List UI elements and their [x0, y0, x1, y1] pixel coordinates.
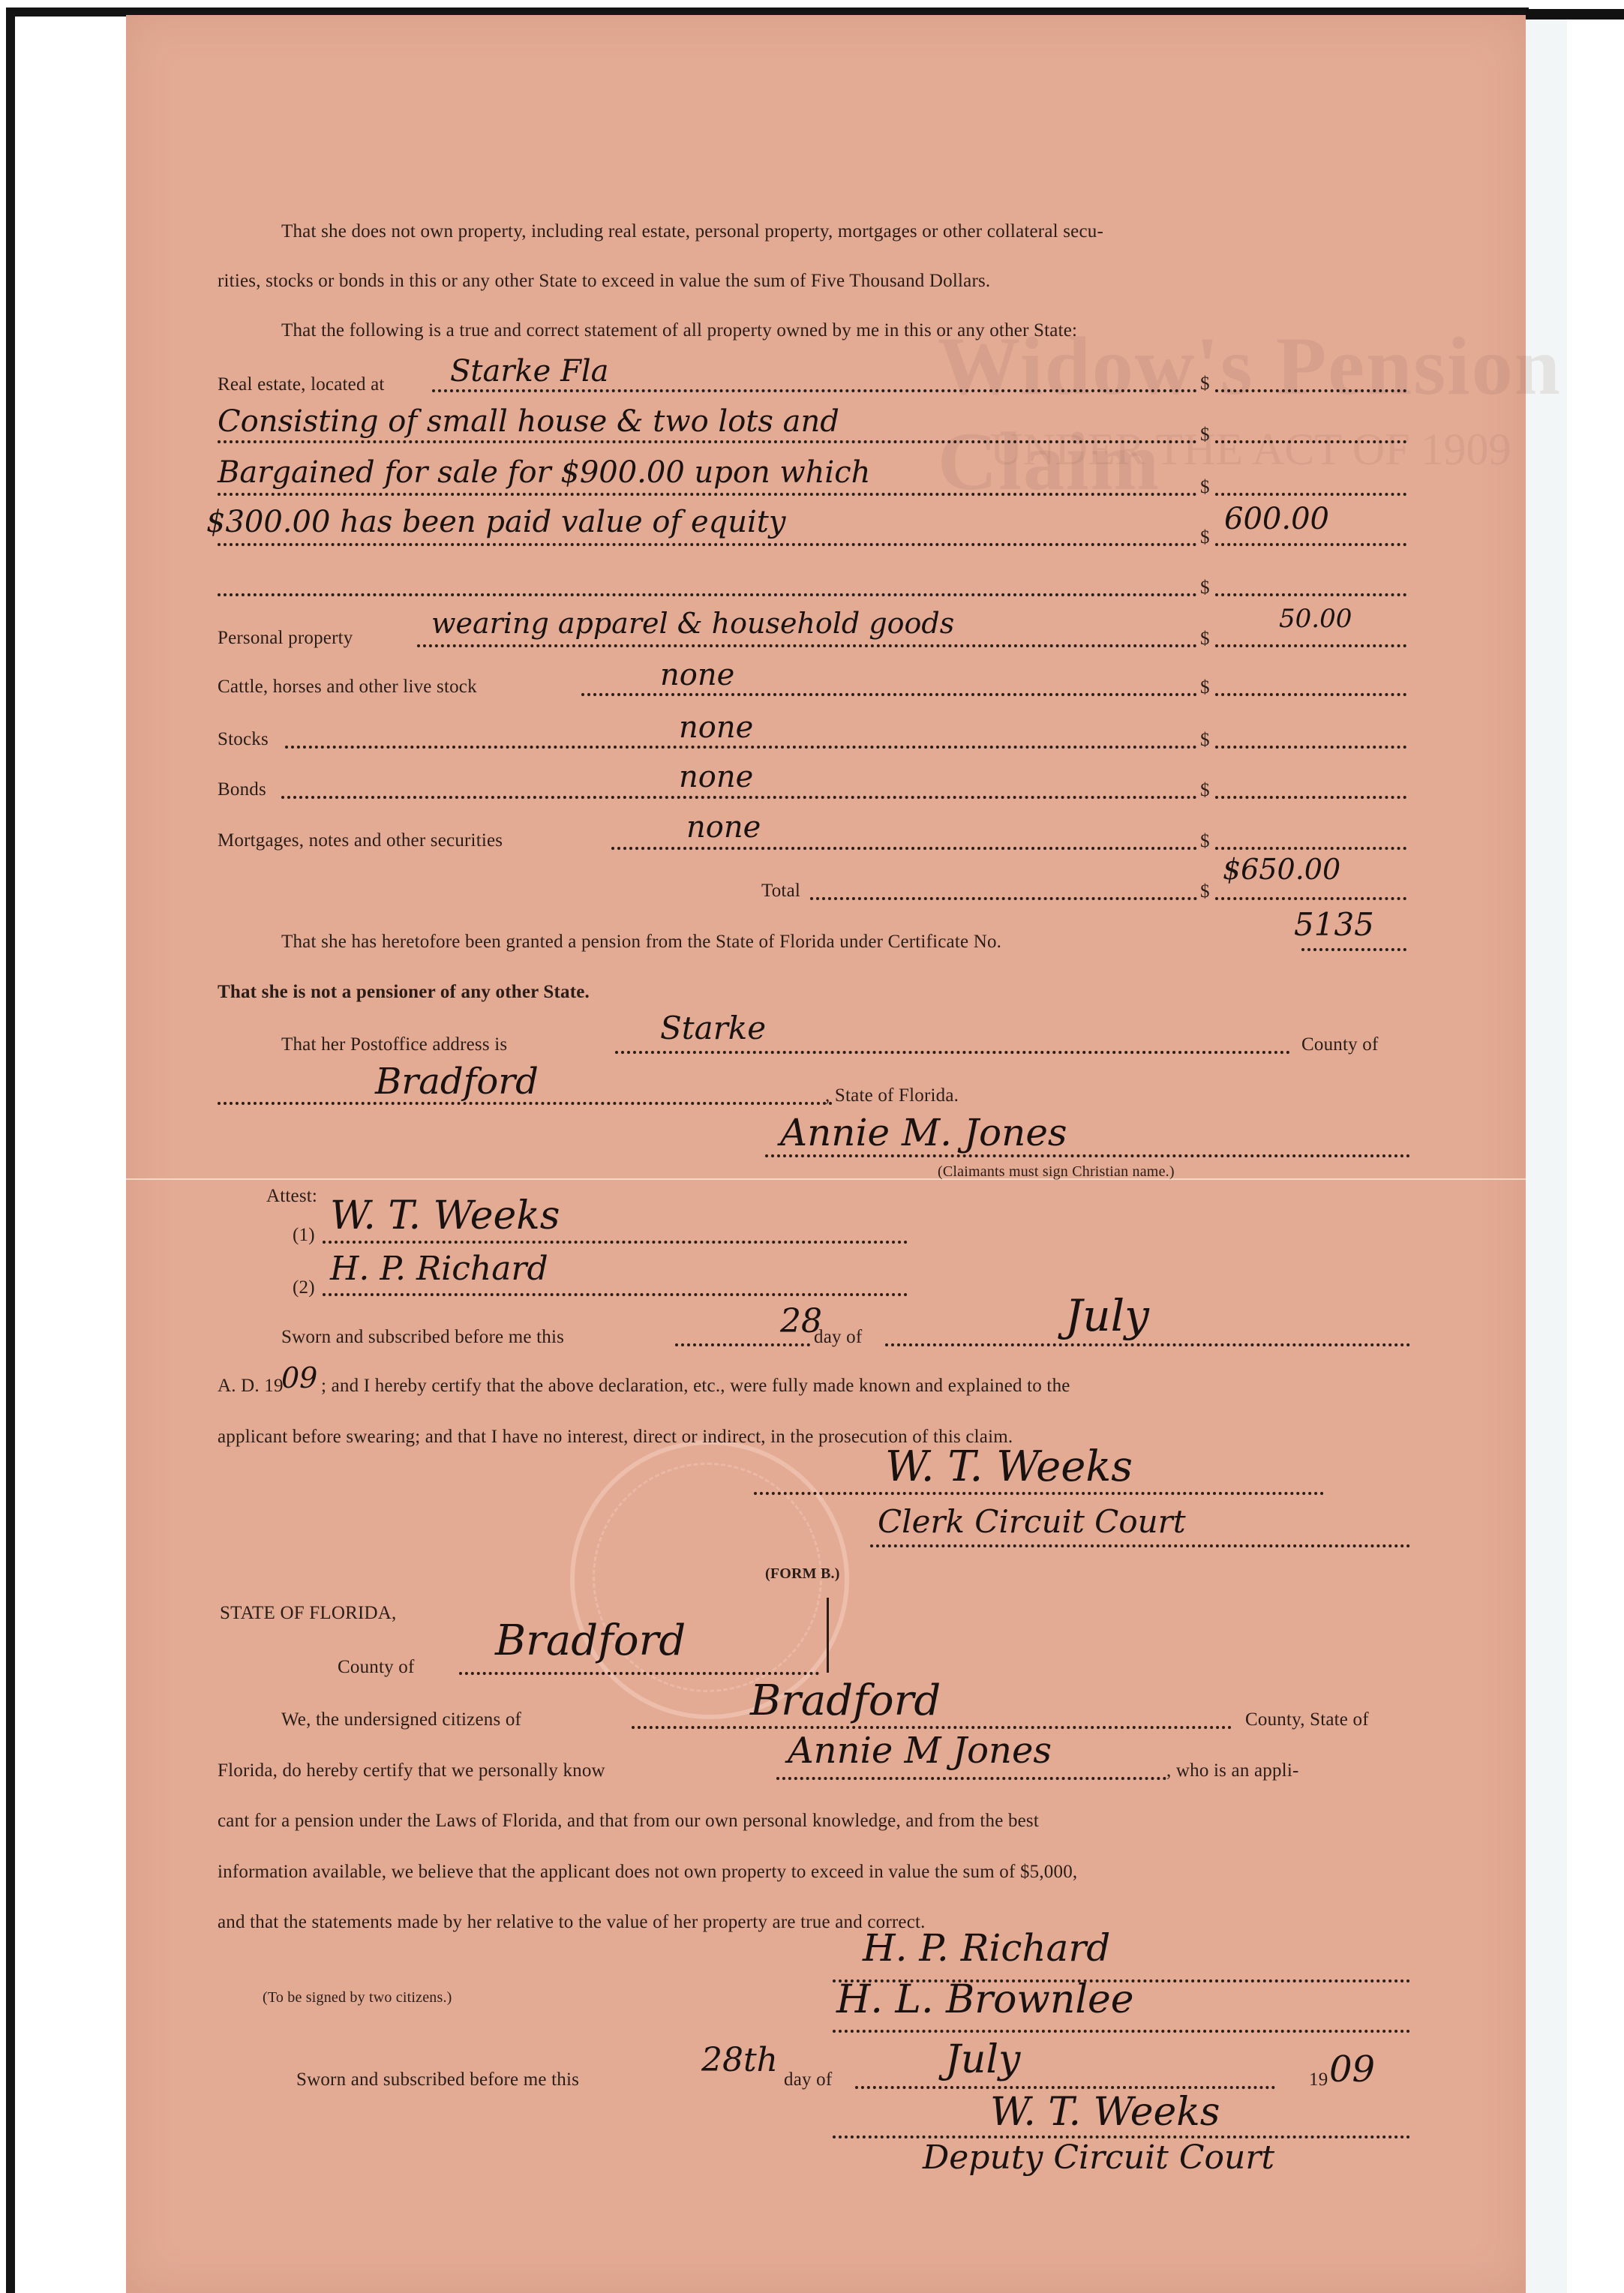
form-b-sworn-prefix: Sworn and subscribed before me this [296, 2070, 579, 2089]
know-name: Annie M Jones [788, 1733, 1052, 1769]
dotted-line [611, 844, 1197, 850]
personal-property-value: wearing apparel & household goods [431, 609, 954, 638]
mortgages-label: Mortgages, notes and other securities [218, 831, 503, 850]
amount-dotted-line [1215, 743, 1406, 749]
scanner-frame-left [6, 9, 15, 2293]
signer-2-line [833, 2027, 1410, 2033]
amount-dotted-line [1215, 894, 1406, 900]
intro-line-2: rities, stocks or bonds in this or any o… [218, 272, 990, 290]
signers-note: (To be signed by two citizens.) [263, 1990, 452, 2005]
personal-property-amount: 50.00 [1279, 606, 1352, 632]
amount-dotted-line [1215, 641, 1406, 647]
stocks-value: none [679, 713, 753, 743]
scanner-frame-top-right [1525, 9, 1624, 20]
intro-line-1: That she does not own property, includin… [281, 222, 1103, 241]
dollar-sign: $ [1200, 477, 1210, 498]
citizens-prefix: We, the undersigned citizens of [281, 1710, 521, 1729]
amount-dotted-line [1215, 437, 1406, 443]
dotted-line [459, 1669, 819, 1675]
real-estate-equity-amount: 600.00 [1224, 504, 1329, 534]
cattle-value: none [660, 660, 734, 690]
form-b-year: 09 [1329, 2051, 1375, 2087]
dotted-line [218, 490, 1197, 496]
signer-2-signature: H. L. Brownlee [836, 1980, 1134, 2019]
paper-fold-line [126, 1178, 1526, 1180]
real-estate-label: Real estate, located at [218, 375, 385, 394]
attest-label: Attest: [266, 1187, 317, 1205]
amount-dotted-line [1215, 590, 1406, 596]
form-b-county-label: County of [338, 1658, 415, 1676]
amount-dotted-line [1215, 540, 1406, 546]
official-title: Clerk Circuit Court [878, 1506, 1186, 1538]
know-prefix: Florida, do hereby certify that we perso… [218, 1761, 605, 1780]
sworn-prefix: Sworn and subscribed before me this [281, 1328, 564, 1346]
form-b-body-2: information available, we believe that t… [218, 1862, 1077, 1881]
form-b-sworn-month: July [945, 2040, 1020, 2079]
bleed-through-title: Widow's Pension Claim [938, 319, 1624, 509]
form-b-state-label: STATE OF FLORIDA, [220, 1604, 396, 1622]
real-estate-line-1: Consisting of small house & two lots and [218, 407, 839, 437]
ad-prefix: A. D. 19 [218, 1376, 284, 1395]
citizens-suffix: County, State of [1245, 1710, 1369, 1729]
dollar-sign: $ [1200, 425, 1210, 446]
witness-1-signature: W. T. Weeks [330, 1196, 560, 1235]
official-title-line [870, 1541, 1410, 1547]
bonds-label: Bonds [218, 780, 266, 799]
dollar-sign: $ [1200, 780, 1210, 801]
day-line [675, 1340, 810, 1346]
county-value: Bradford [375, 1064, 539, 1100]
official-signature: W. T. Weeks [885, 1446, 1133, 1488]
witness-2-number: (2) [293, 1278, 315, 1297]
sworn-month: July [1065, 1294, 1149, 1337]
intro-line-3: That the following is a true and correct… [281, 321, 1077, 340]
day-of-label: day of [814, 1328, 862, 1346]
dollar-sign: $ [1200, 629, 1210, 650]
mortgages-value: none [686, 812, 761, 842]
real-estate-location: Starke Fla [450, 356, 608, 386]
bracket [818, 1598, 829, 1673]
not-pensioner-text: That she is not a pensioner of any other… [218, 983, 590, 1001]
witness-1-number: (1) [293, 1226, 315, 1244]
dollar-sign: $ [1200, 831, 1210, 852]
county-of-label: County of [1301, 1035, 1379, 1054]
dotted-line [218, 540, 1197, 546]
amount-dotted-line [1215, 844, 1406, 850]
claimant-note: (Claimants must sign Christian name.) [938, 1164, 1175, 1179]
dotted-line [776, 1774, 1166, 1780]
dollar-sign: $ [1200, 730, 1210, 751]
dollar-sign: $ [1200, 527, 1210, 548]
postoffice-value: Starke [660, 1013, 766, 1044]
form-b-sworn-day: 28th [701, 2044, 778, 2077]
bleed-through-subtitle: UNDER THE ACT OF 1909 [990, 424, 1511, 476]
amount-dotted-line [1215, 386, 1406, 392]
real-estate-line-2: Bargained for sale for $900.00 upon whic… [218, 458, 870, 488]
certificate-number: 5135 [1294, 909, 1374, 941]
dollar-sign: $ [1200, 677, 1210, 698]
month-line [885, 1340, 1410, 1346]
dotted-line [1301, 945, 1406, 951]
cattle-label: Cattle, horses and other live stock [218, 677, 477, 696]
claimant-signature: Annie M. Jones [780, 1114, 1067, 1151]
personal-property-label: Personal property [218, 629, 353, 647]
dollar-sign: $ [1200, 578, 1210, 599]
ad-year: 09 [281, 1364, 317, 1392]
form-b-official-signature: W. T. Weeks [990, 2093, 1220, 2132]
stocks-label: Stocks [218, 730, 269, 749]
month-line [855, 2083, 1275, 2089]
dollar-sign: $ [1200, 881, 1210, 902]
signer-1-signature: H. P. Richard [863, 1929, 1110, 1967]
real-estate-line-3: $300.00 has been paid value of equity [206, 507, 785, 537]
amount-dotted-line [1215, 793, 1406, 799]
dotted-line [615, 1048, 1290, 1054]
postoffice-label: That her Postoffice address is [281, 1035, 507, 1054]
form-b-year-prefix: 19 [1309, 2070, 1328, 2089]
form-b-official-title: Deputy Circuit Court [923, 2141, 1274, 2174]
certificate-text: That she has heretofore been granted a p… [281, 932, 1001, 951]
form-b-heading: (FORM B.) [765, 1566, 840, 1581]
form-b-body-1: cant for a pension under the Laws of Flo… [218, 1811, 1039, 1830]
witness-2-line [323, 1290, 908, 1296]
amount-dotted-line [1215, 690, 1406, 696]
certify-line-1: ; and I hereby certify that the above de… [321, 1376, 1070, 1395]
form-b-day-of: day of [784, 2070, 832, 2089]
dollar-sign: $ [1200, 374, 1210, 395]
witness-1-line [323, 1238, 908, 1244]
dotted-line [218, 590, 1197, 596]
state-of-florida-label: , State of Florida. [825, 1086, 959, 1105]
witness-2-signature: H. P. Richard [330, 1253, 548, 1286]
dotted-line [810, 894, 1197, 900]
form-b-body-3: and that the statements made by her rela… [218, 1913, 926, 1931]
total-label: Total [761, 881, 800, 900]
amount-dotted-line [1215, 490, 1406, 496]
total-amount: $650.00 [1223, 855, 1340, 884]
form-b-county-value: Bradford [495, 1620, 686, 1662]
dotted-line [417, 641, 1197, 647]
know-suffix: , who is an appli- [1166, 1761, 1299, 1780]
bonds-value: none [679, 762, 753, 792]
citizens-county: Bradford [750, 1680, 941, 1722]
